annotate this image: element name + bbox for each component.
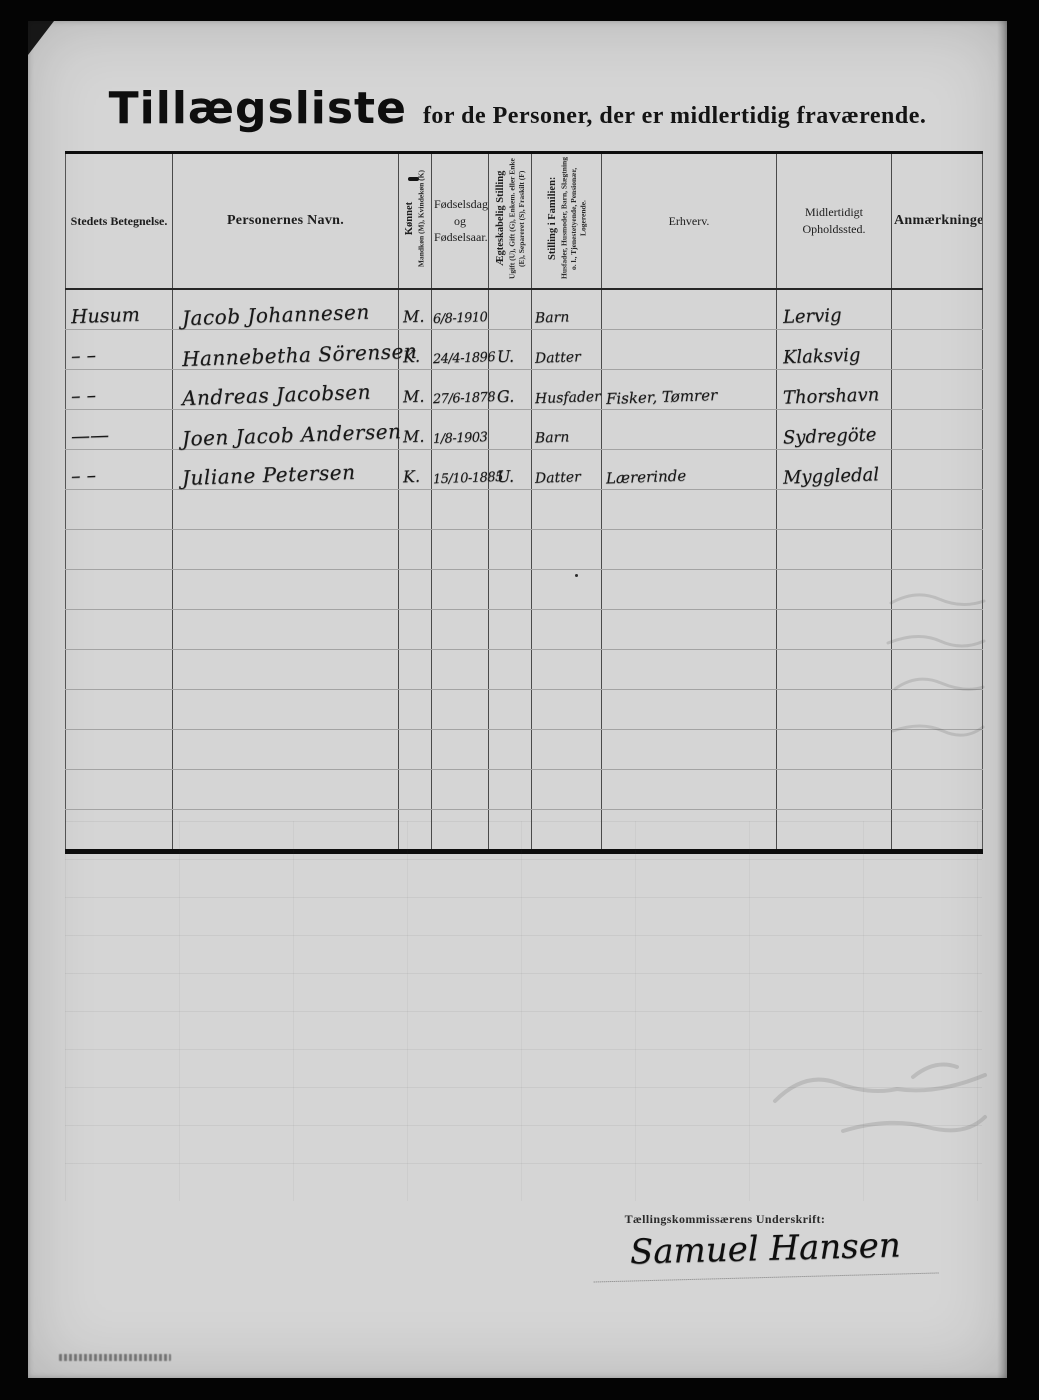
cell-sex (399, 570, 432, 610)
cell-family-position: Datter (532, 450, 602, 490)
cell-marital (489, 650, 532, 690)
cell-name (173, 730, 399, 770)
handwritten-entry: – – (66, 346, 97, 366)
cell-family-position (532, 530, 602, 570)
handwritten-entry: K. (399, 349, 421, 366)
handwritten-entry: Thorshavn (777, 386, 880, 408)
cell-name (173, 610, 399, 650)
cell-place (66, 730, 173, 770)
column-header-birthdate: Fødselsdag og Fødselsaar. (432, 153, 489, 290)
handwritten-entry: Barn (532, 310, 570, 325)
cell-family-position (532, 730, 602, 770)
cell-sex (399, 690, 432, 730)
cell-place (66, 650, 173, 690)
handwritten-entry: —— (66, 426, 110, 446)
column-header-temporary-residence: Midlertidigt Opholdssted. (777, 153, 892, 290)
handwritten-entry: Lærerinde (602, 469, 687, 487)
column-header-family-position: Stilling i Familien: Husfader, Husmoder,… (532, 153, 602, 290)
cell-birthdate: 24/4-1896 (432, 330, 489, 370)
cell-residence: Klaksvig (777, 330, 892, 370)
cell-place (66, 610, 173, 650)
cell-occupation (602, 330, 777, 370)
cell-occupation (602, 690, 777, 730)
bleed-through-mark (763, 1039, 998, 1154)
cell-remarks (892, 770, 983, 810)
table-row (66, 530, 983, 570)
handwritten-entry: U. (489, 349, 515, 366)
cell-place: —— (66, 410, 173, 450)
handwritten-entry: M. (399, 429, 425, 446)
cell-remarks (892, 490, 983, 530)
cell-place: – – (66, 370, 173, 410)
handwritten-entry: 6/8-1910 (432, 311, 488, 326)
table-row: – –Juliane PetersenK.15/10-1885U.DatterL… (66, 450, 983, 490)
handwritten-entry: Datter (532, 470, 581, 486)
census-form-page: Tillægslistefor de Personer, der er midl… (28, 21, 1007, 1378)
cell-family-position: Husfader (532, 370, 602, 410)
cell-name: Joen Jacob Andersen (173, 410, 399, 450)
handwritten-entry: Hannebetha Sörensen (173, 341, 418, 370)
cell-sex (399, 810, 432, 852)
cell-family-position (532, 570, 602, 610)
cell-birthdate (432, 530, 489, 570)
handwritten-entry: – – (66, 466, 97, 486)
cell-family-position: Barn (532, 289, 602, 330)
cell-occupation (602, 530, 777, 570)
cell-remarks (892, 330, 983, 370)
cell-place (66, 770, 173, 810)
page-edge-shadow (997, 21, 1007, 1378)
cell-name (173, 690, 399, 730)
cell-place (66, 810, 173, 852)
cell-birthdate: 15/10-1885 (432, 450, 489, 490)
cell-sex (399, 490, 432, 530)
table-row (66, 490, 983, 530)
cell-name: Hannebetha Sörensen (173, 330, 399, 370)
cell-name (173, 530, 399, 570)
cell-residence (777, 610, 892, 650)
handwritten-entry: Klaksvig (777, 347, 861, 368)
column-header-place: Stedets Betegnelse. (66, 153, 173, 290)
cell-place: Husum (66, 289, 173, 330)
cell-birthdate (432, 490, 489, 530)
cell-marital: U. (489, 330, 532, 370)
cell-place: – – (66, 330, 173, 370)
form-header: Tillægslistefor de Personer, der er midl… (28, 83, 1007, 134)
cell-family-position: Barn (532, 410, 602, 450)
cell-birthdate (432, 650, 489, 690)
handwritten-entry: M. (399, 389, 425, 406)
cell-remarks (892, 370, 983, 410)
table-row (66, 770, 983, 810)
handwritten-entry: – – (66, 386, 97, 406)
table-row: HusumJacob JohannesenM.6/8-1910BarnLervi… (66, 289, 983, 330)
cell-family-position (532, 490, 602, 530)
cell-marital (489, 810, 532, 852)
cell-family-position (532, 810, 602, 852)
cell-sex: K. (399, 330, 432, 370)
handwritten-entry: Joen Jacob Andersen (173, 421, 402, 449)
cell-birthdate (432, 810, 489, 852)
handwritten-entry: Jacob Johannesen (173, 302, 370, 329)
cell-remarks (892, 570, 983, 610)
cell-marital (489, 610, 532, 650)
handwritten-entry: 27/6-1878 (432, 391, 496, 406)
cell-name: Jacob Johannesen (173, 289, 399, 330)
cell-marital (489, 530, 532, 570)
cell-residence: Lervig (777, 289, 892, 330)
cell-remarks (892, 289, 983, 330)
cell-sex: M. (399, 370, 432, 410)
table-row (66, 570, 983, 610)
cell-residence: Thorshavn (777, 370, 892, 410)
cell-residence (777, 570, 892, 610)
cell-name (173, 650, 399, 690)
cell-place (66, 570, 173, 610)
handwritten-entry: Lervig (777, 307, 842, 327)
cell-residence (777, 690, 892, 730)
cell-occupation (602, 730, 777, 770)
cell-marital (489, 410, 532, 450)
form-title: Tillægsliste (109, 83, 407, 134)
table-row: – –Hannebetha SörensenK.24/4-1896U.Datte… (66, 330, 983, 370)
cell-place (66, 690, 173, 730)
column-header-remarks: Anmærkninger. (892, 153, 983, 290)
table-row (66, 690, 983, 730)
cell-marital: G. (489, 370, 532, 410)
cell-residence (777, 530, 892, 570)
cell-birthdate (432, 690, 489, 730)
cell-sex: K. (399, 450, 432, 490)
cell-marital (489, 490, 532, 530)
cell-occupation (602, 650, 777, 690)
cell-sex (399, 730, 432, 770)
table-row (66, 610, 983, 650)
cell-place: – – (66, 450, 173, 490)
handwritten-entry: Fisker, Tømrer (602, 388, 718, 407)
cell-family-position (532, 770, 602, 810)
cell-birthdate (432, 610, 489, 650)
handwritten-entry: U. (489, 469, 515, 486)
cell-family-position (532, 690, 602, 730)
cell-birthdate (432, 570, 489, 610)
cell-marital (489, 770, 532, 810)
cell-remarks (892, 730, 983, 770)
cell-marital: U. (489, 450, 532, 490)
column-header-sex: Kønnet Mandkøn (M), Kvindekøn (K) (399, 153, 432, 290)
cell-sex (399, 530, 432, 570)
cell-remarks (892, 690, 983, 730)
handwritten-entry: Husum (66, 306, 140, 328)
cell-occupation: Fisker, Tømrer (602, 370, 777, 410)
table-body: HusumJacob JohannesenM.6/8-1910BarnLervi… (66, 289, 983, 852)
cell-occupation (602, 570, 777, 610)
cell-marital (489, 570, 532, 610)
bleed-through-grid (65, 821, 982, 1201)
cell-residence: Myggledal (777, 450, 892, 490)
column-header-marital-status: Ægteskabelig Stilling Ugift (U), Gift (G… (489, 153, 532, 290)
cell-remarks (892, 810, 983, 852)
cell-remarks (892, 530, 983, 570)
cell-marital (489, 690, 532, 730)
cell-remarks (892, 650, 983, 690)
cell-birthdate: 27/6-1878 (432, 370, 489, 410)
cell-sex (399, 610, 432, 650)
cell-occupation (602, 289, 777, 330)
cell-place (66, 530, 173, 570)
cell-marital (489, 730, 532, 770)
cell-family-position (532, 650, 602, 690)
cell-remarks (892, 610, 983, 650)
cell-birthdate (432, 730, 489, 770)
cell-occupation (602, 770, 777, 810)
table-row (66, 730, 983, 770)
cell-residence (777, 810, 892, 852)
handwritten-entry: Husfader (532, 390, 601, 406)
table-row: ——Joen Jacob AndersenM.1/8-1903BarnSydre… (66, 410, 983, 450)
page-corner-fold (28, 21, 54, 55)
signature-label: Tællingskommissærens Underskrift: (620, 1212, 830, 1227)
cell-residence: Sydregöte (777, 410, 892, 450)
handwritten-entry: Sydregöte (777, 426, 877, 447)
cell-birthdate (432, 770, 489, 810)
handwritten-entry: Myggledal (777, 466, 880, 488)
cell-name (173, 570, 399, 610)
cell-residence (777, 730, 892, 770)
cell-sex (399, 770, 432, 810)
commissioner-signature: Samuel Hansen (592, 1224, 938, 1282)
table-row: – –Andreas JacobsenM.27/6-1878G.Husfader… (66, 370, 983, 410)
cell-family-position (532, 610, 602, 650)
column-header-name: Personernes Navn. (173, 153, 399, 290)
handwritten-entry: Datter (532, 350, 581, 366)
cell-family-position: Datter (532, 330, 602, 370)
handwritten-entry: G. (489, 389, 515, 406)
cell-residence (777, 650, 892, 690)
handwritten-entry: Barn (532, 430, 570, 445)
cell-occupation (602, 410, 777, 450)
table-header: Stedets Betegnelse. Personernes Navn. Kø… (66, 153, 983, 290)
cell-occupation (602, 610, 777, 650)
cell-name: Andreas Jacobsen (173, 370, 399, 410)
cell-name (173, 770, 399, 810)
handwritten-entry: Juliane Petersen (173, 462, 356, 488)
cell-name (173, 810, 399, 852)
cell-residence (777, 770, 892, 810)
cell-remarks (892, 450, 983, 490)
handwritten-entry: M. (399, 309, 425, 326)
handwritten-entry: K. (399, 469, 421, 486)
cell-sex (399, 650, 432, 690)
form-subtitle: for de Personer, der er midlertidig frav… (423, 103, 926, 129)
cell-occupation (602, 810, 777, 852)
cell-remarks (892, 410, 983, 450)
cell-occupation: Lærerinde (602, 450, 777, 490)
table-row (66, 650, 983, 690)
cell-birthdate: 6/8-1910 (432, 289, 489, 330)
cell-name: Juliane Petersen (173, 450, 399, 490)
printer-imprint (59, 1354, 171, 1361)
cell-occupation (602, 490, 777, 530)
cell-sex: M. (399, 410, 432, 450)
cell-name (173, 490, 399, 530)
column-header-occupation: Erhverv. (602, 153, 777, 290)
handwritten-entry: 24/4-1896 (432, 351, 496, 366)
cell-place (66, 490, 173, 530)
scan-background: Tillægslistefor de Personer, der er midl… (0, 0, 1039, 1400)
census-table: Stedets Betegnelse. Personernes Navn. Kø… (65, 151, 983, 854)
handwritten-entry: Andreas Jacobsen (173, 382, 372, 409)
table-row (66, 810, 983, 852)
cell-marital (489, 289, 532, 330)
cell-residence (777, 490, 892, 530)
cell-birthdate: 1/8-1903 (432, 410, 489, 450)
handwritten-entry: 1/8-1903 (432, 431, 488, 446)
cell-sex: M. (399, 289, 432, 330)
